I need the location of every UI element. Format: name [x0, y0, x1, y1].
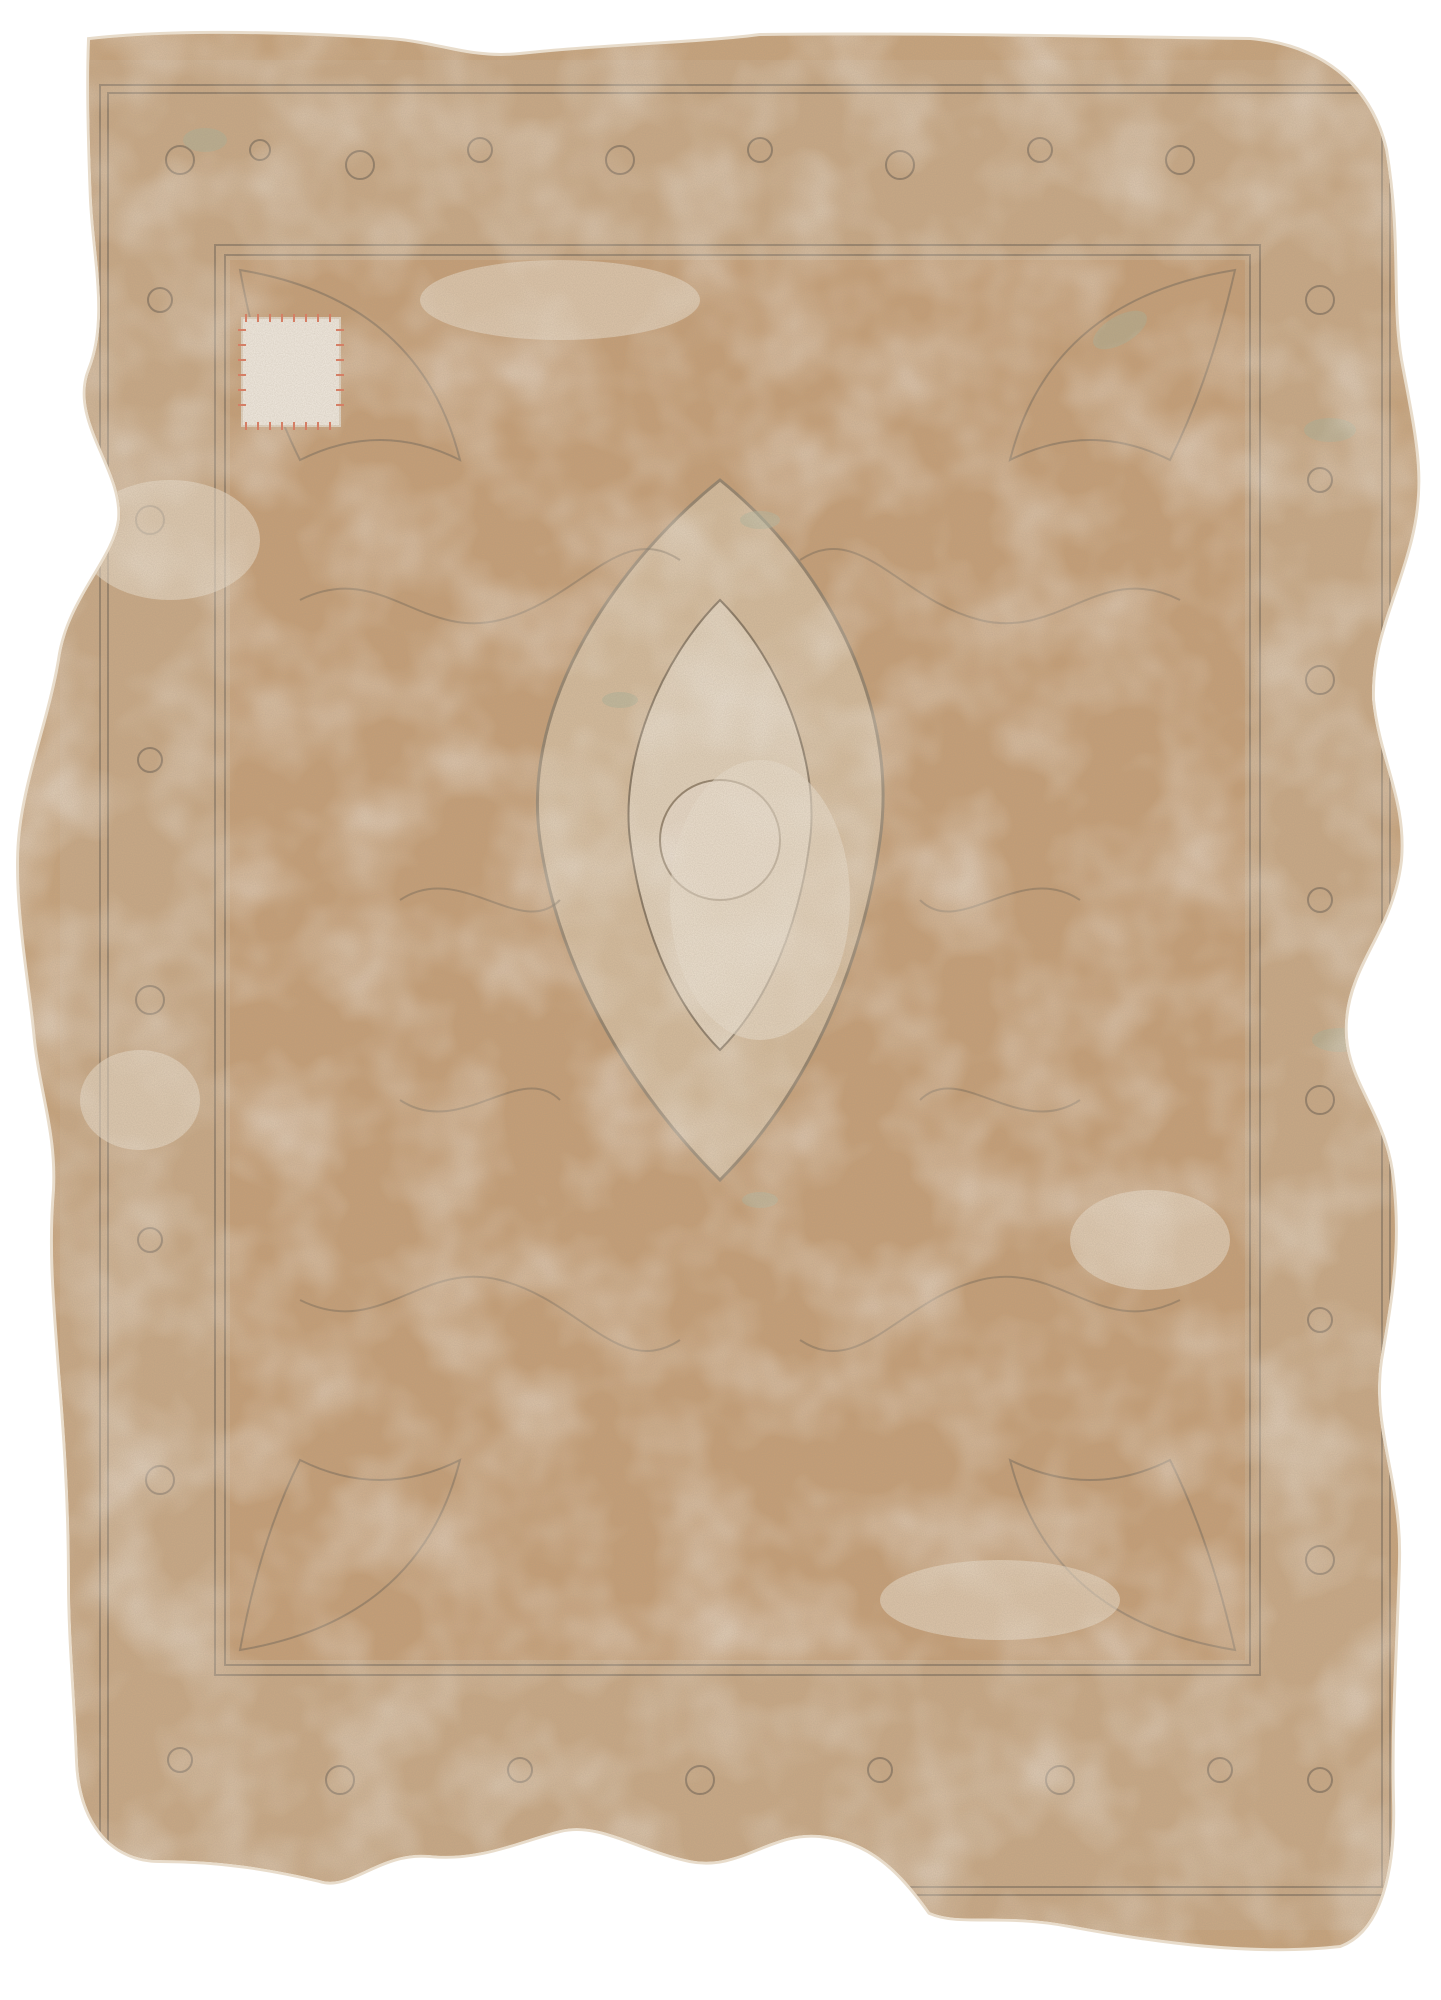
rug-illustration	[0, 0, 1441, 2000]
product-photo: Distressed vintage Persian-style rug wit…	[0, 0, 1441, 2000]
rug-body	[0, 0, 1441, 2000]
